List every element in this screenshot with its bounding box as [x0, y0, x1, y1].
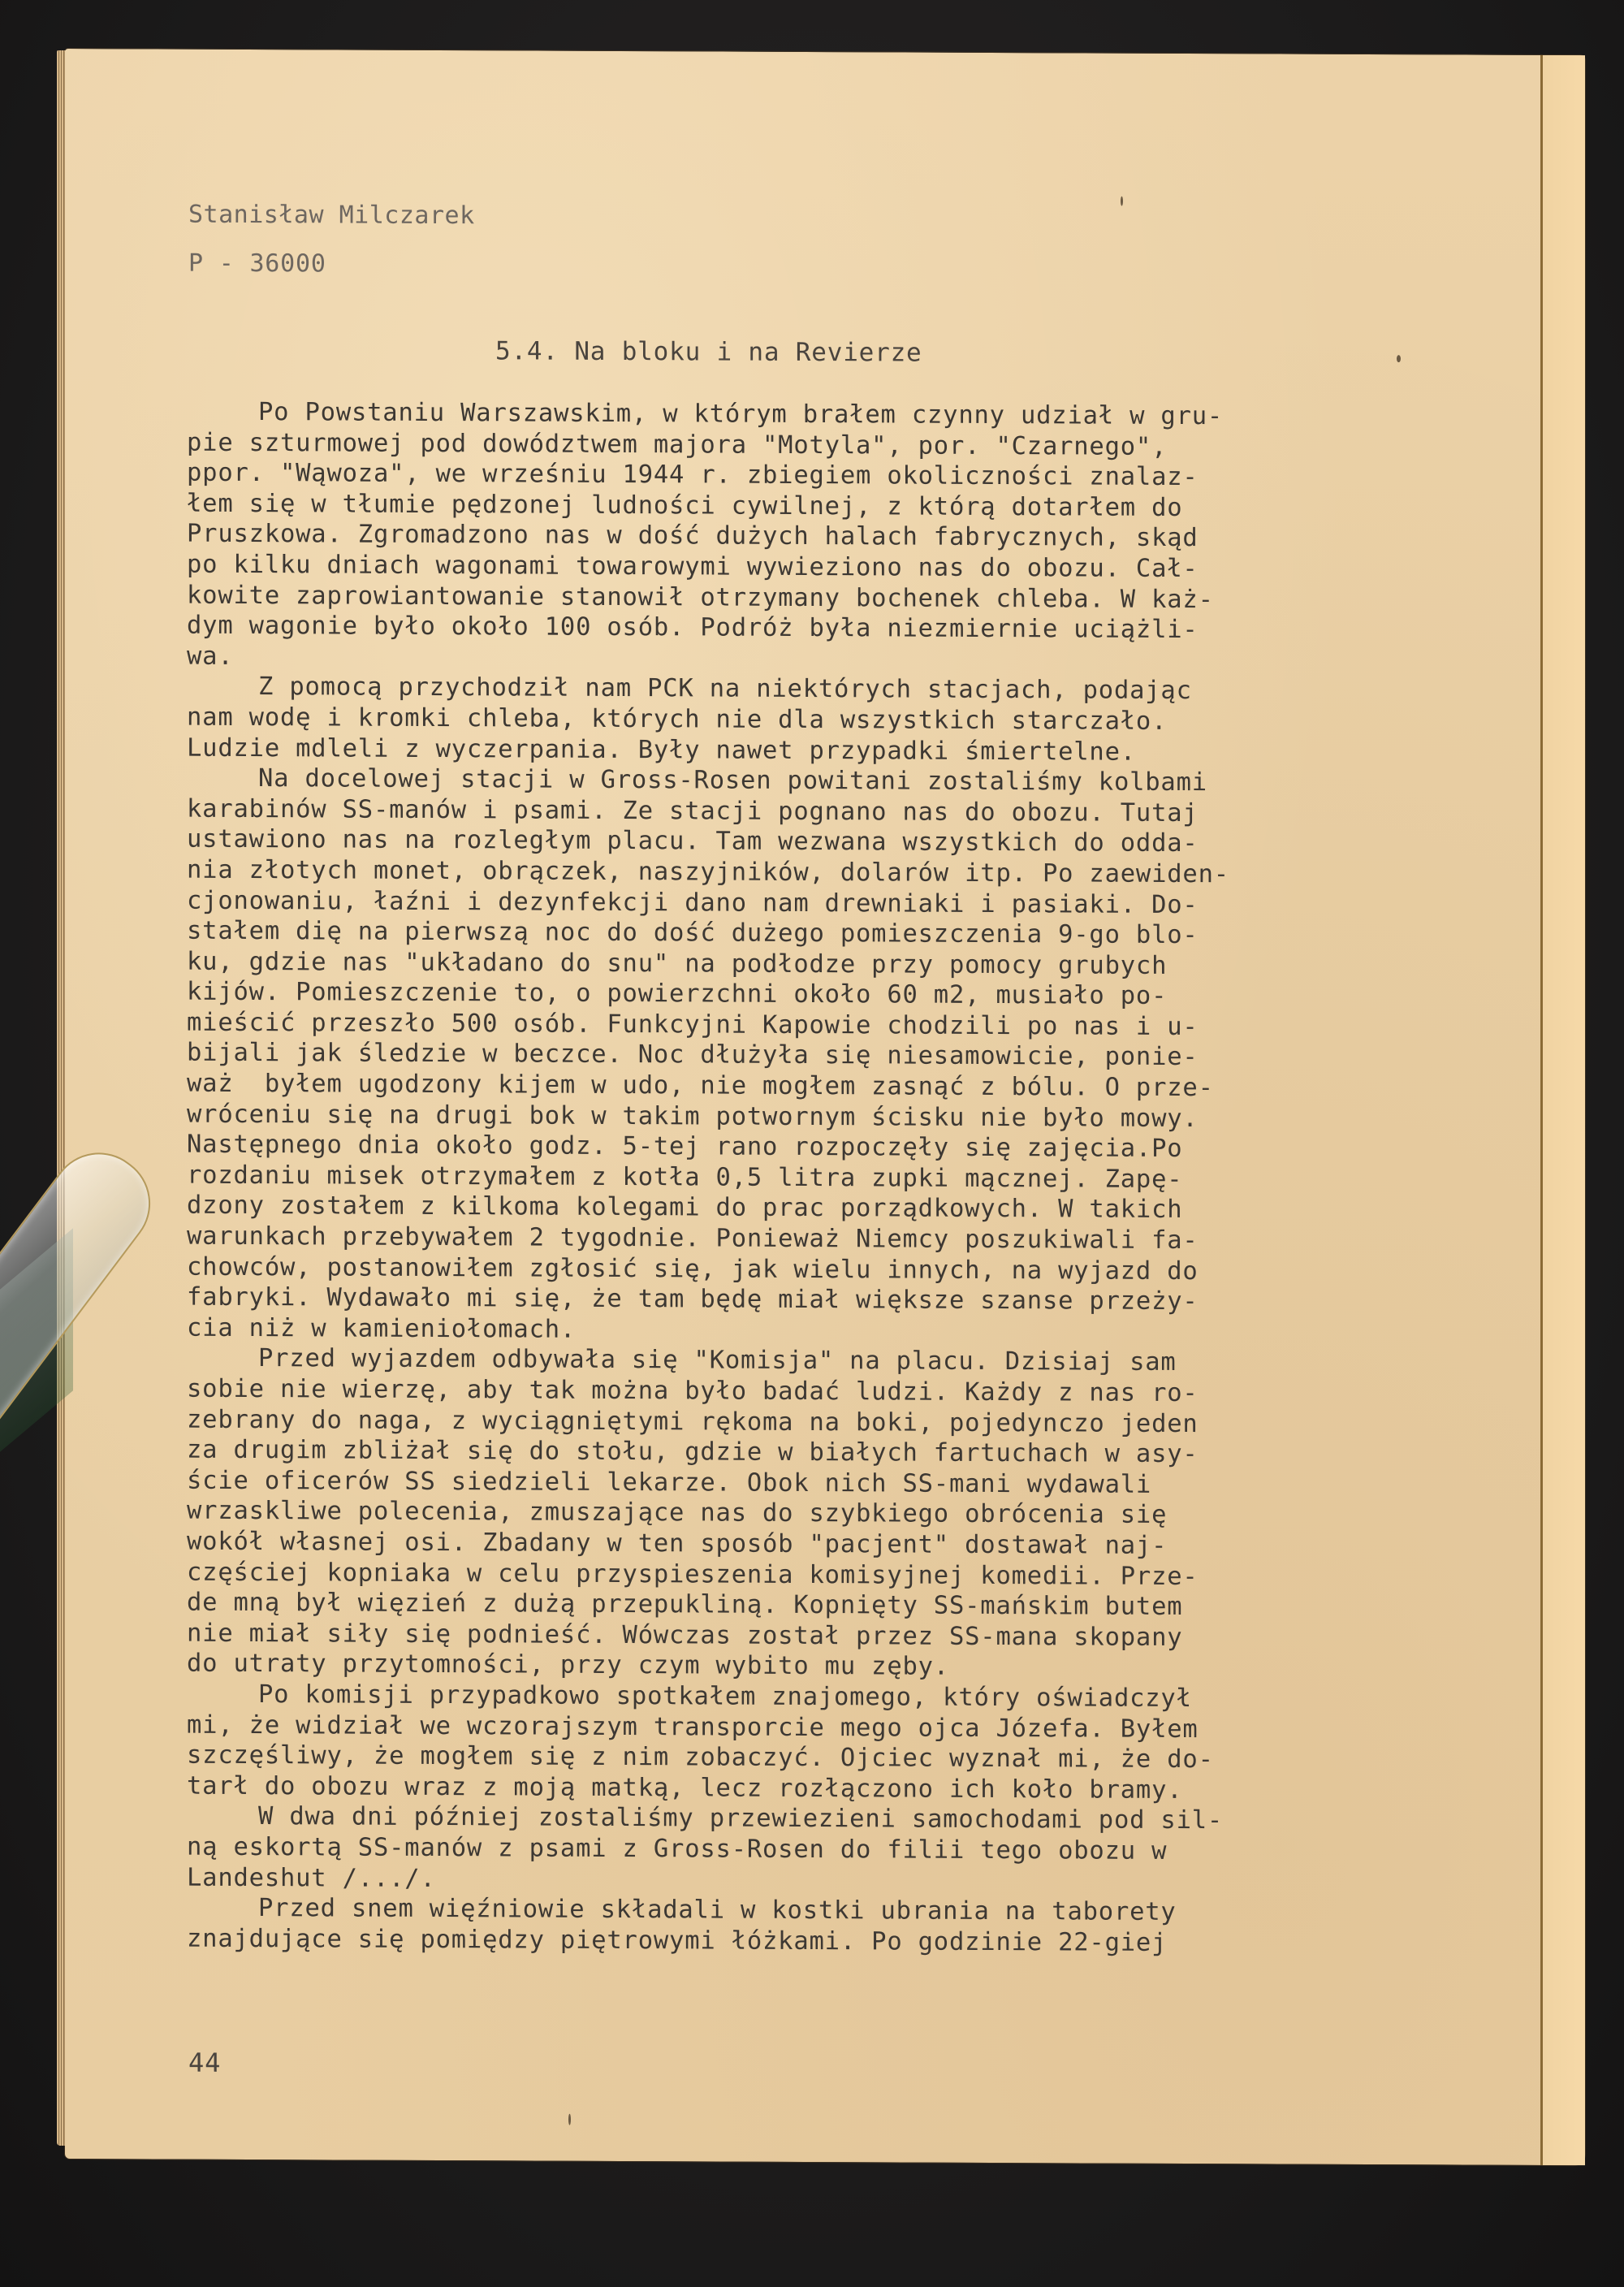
text-line: znajdujące się pomiędzy piętrowymi łóżka… [187, 1923, 1551, 1960]
body-text: Po Powstaniu Warszawskim, w którym brałe… [187, 397, 1551, 1961]
text-line: ną eskortą SS-manów z psami z Gross-Rose… [187, 1832, 1551, 1869]
section-title: 5.4. Na bloku i na Revierze [495, 336, 922, 367]
text-line: dym wagonie było około 100 osób. Podróż … [187, 611, 1551, 647]
text-line: nia złotych monet, obrączek, naszyjników… [187, 855, 1551, 892]
author-name: Stanisław Milczarek [188, 201, 475, 231]
book-page: Stanisław Milczarek P - 36000 5.4. Na bl… [65, 49, 1585, 2165]
paper-speck [1397, 355, 1401, 362]
scanned-page-photo: Stanisław Milczarek P - 36000 5.4. Na bl… [0, 0, 1624, 2287]
page-number: 44 [188, 2047, 221, 2078]
paper-speck [1121, 197, 1123, 206]
paper-speck [568, 2114, 571, 2125]
prisoner-number: P - 36000 [188, 249, 326, 279]
